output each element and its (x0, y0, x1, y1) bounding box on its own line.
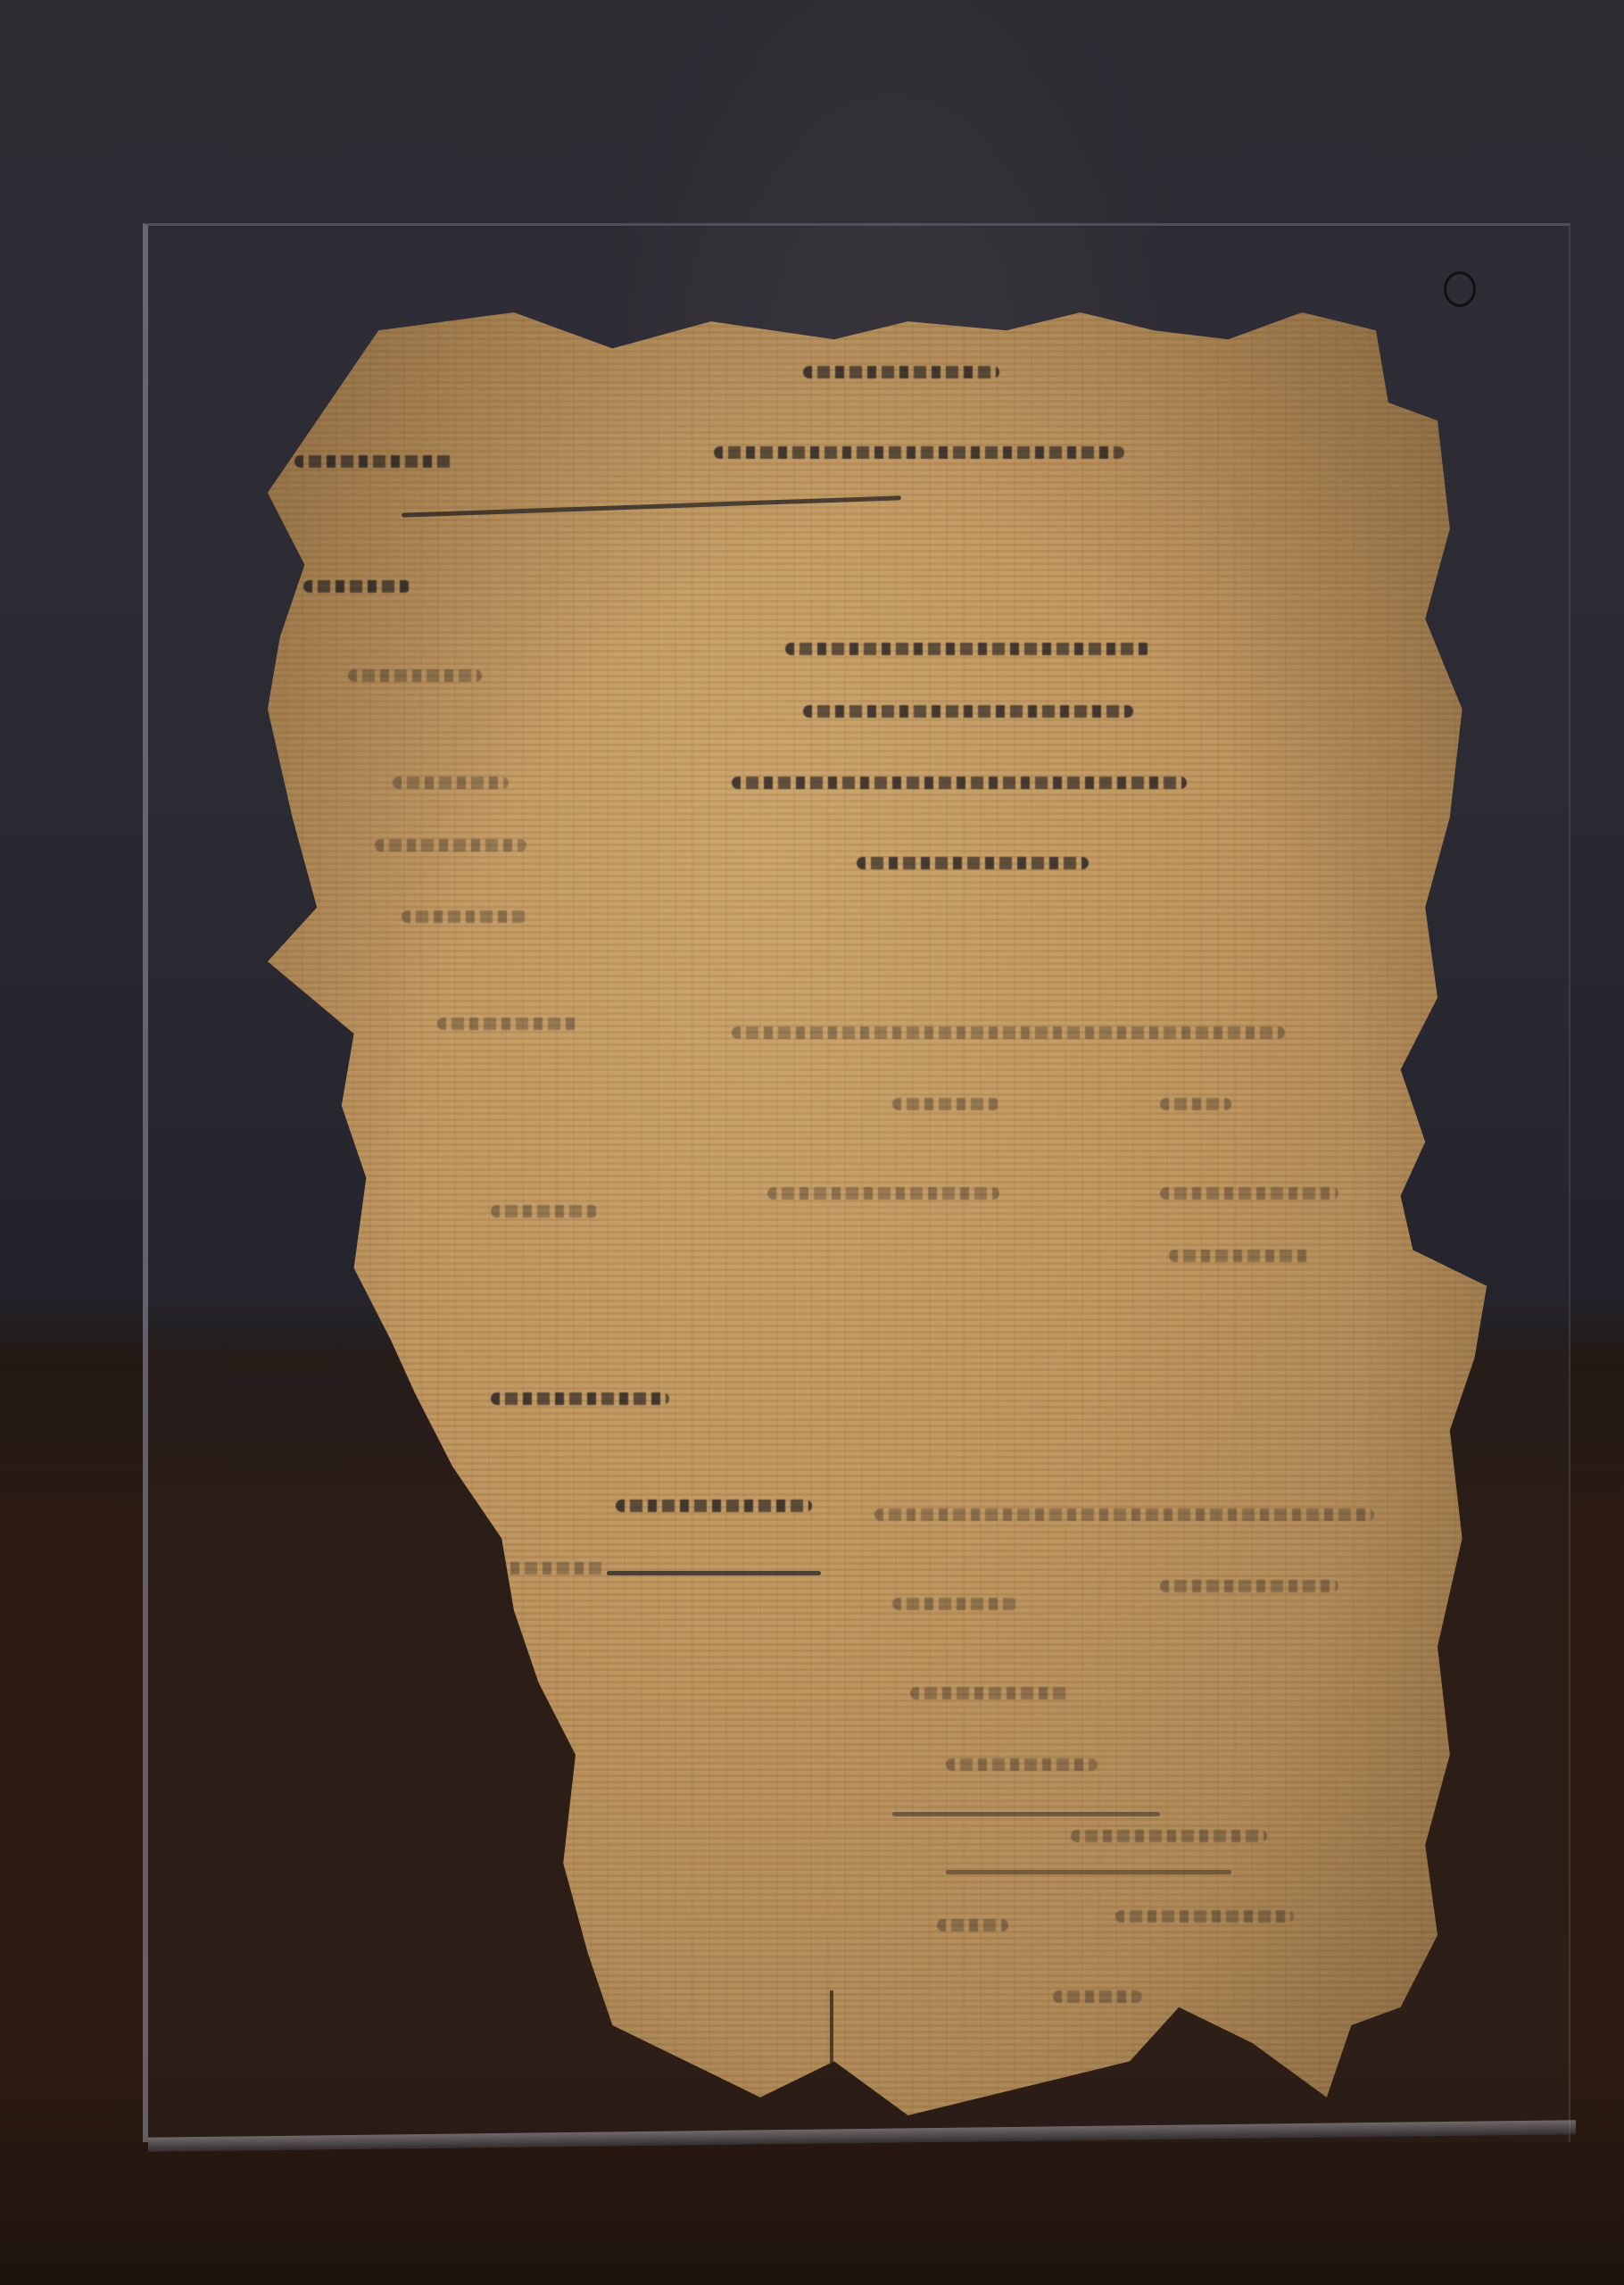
ink-script-line (491, 1205, 598, 1217)
ink-script-line (616, 1500, 812, 1512)
ink-script-line (437, 1018, 580, 1030)
photo-background (0, 0, 1624, 2285)
ink-script-line (732, 777, 1187, 789)
ink-script-line (491, 1392, 669, 1405)
ink-script-line (1160, 1098, 1231, 1110)
ink-script-line (348, 669, 482, 682)
ink-script-line (1071, 1830, 1267, 1842)
ink-script-line (714, 446, 1124, 459)
ink-script-line (402, 910, 526, 923)
ink-script-line (803, 366, 999, 378)
ink-script-line (803, 705, 1133, 718)
ink-script-line (375, 839, 526, 852)
ink-underline (946, 1870, 1231, 1874)
ink-script-line (857, 857, 1089, 869)
ink-script-line (892, 1098, 999, 1110)
ink-script-line (785, 643, 1151, 655)
ink-underline (607, 1571, 821, 1575)
ink-script-line (1115, 1910, 1294, 1923)
ink-script-line (732, 1026, 1285, 1039)
ink-script-line (1169, 1250, 1312, 1262)
mount-hole-icon (1444, 271, 1476, 307)
ink-script-line (767, 1187, 999, 1200)
ink-script-line (1160, 1187, 1338, 1200)
ink-script-line (1053, 1990, 1142, 2003)
ink-script-line (946, 1758, 1098, 1771)
ink-script-line (892, 1598, 1017, 1610)
ink-script-line (874, 1508, 1374, 1521)
ink-script-line (937, 1919, 1008, 1932)
ink-script-line (303, 580, 410, 593)
ink-script-line (910, 1687, 1071, 1699)
ink-underline (892, 1812, 1160, 1816)
ink-script-line (393, 777, 509, 789)
ink-script-line (294, 455, 455, 468)
ink-script-line (1160, 1580, 1338, 1592)
